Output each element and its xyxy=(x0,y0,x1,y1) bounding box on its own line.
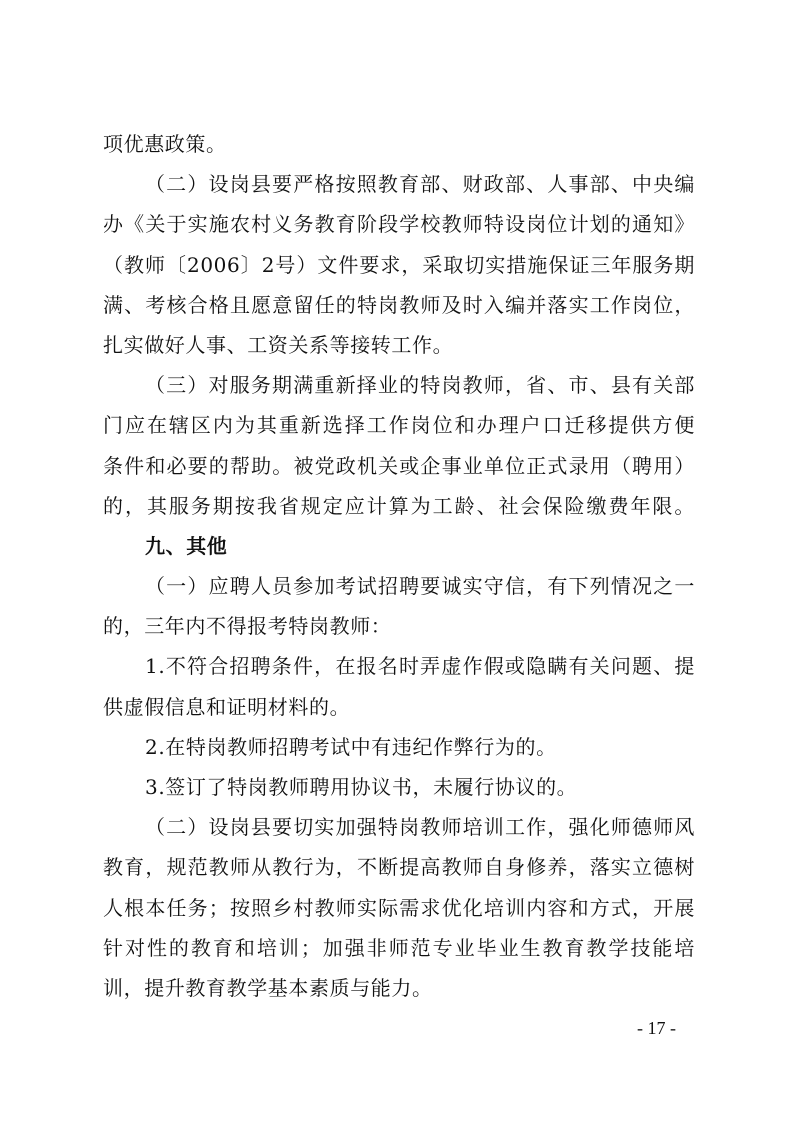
document-page: 项优惠政策。 （二）设岗县要严格按照教育部、财政部、人事部、中央编 办《关于实施… xyxy=(0,0,794,1123)
text-line: 条件和必要的帮助。被党政机关或企事业单位正式录用（聘用） xyxy=(103,446,695,486)
text-line: 的，其服务期按我省规定应计算为工龄、社会保险缴费年限。 xyxy=(103,486,695,526)
section-heading: 九、其他 xyxy=(103,526,695,566)
paragraph-3-line: （三）对服务期满重新择业的特岗教师，省、市、县有关部 xyxy=(103,365,695,405)
page-number: - 17 - xyxy=(637,1018,676,1039)
text-line: 满、考核合格且愿意留任的特岗教师及时入编并落实工作岗位， xyxy=(103,285,695,325)
text-line: 项优惠政策。 xyxy=(103,124,695,164)
list-item-1: 1.不符合招聘条件，在报名时弄虚作假或隐瞒有关问题、提 xyxy=(103,646,695,686)
list-item-2: 2.在特岗教师招聘考试中有违纪作弊行为的。 xyxy=(103,727,695,767)
text-line: （教师〔2006〕2号）文件要求，采取切实措施保证三年服务期 xyxy=(103,245,695,285)
paragraph-1-line: （一）应聘人员参加考试招聘要诚实守信，有下列情况之一 xyxy=(103,566,695,606)
text-line: 人根本任务；按照乡村教师实际需求优化培训内容和方式，开展 xyxy=(103,888,695,928)
text-line: 办《关于实施农村义务教育阶段学校教师特设岗位计划的通知》 xyxy=(103,204,695,244)
text-line: 扎实做好人事、工资关系等接转工作。 xyxy=(103,325,695,365)
text-line: 供虚假信息和证明材料的。 xyxy=(103,687,695,727)
text-line: 训，提升教育教学基本素质与能力。 xyxy=(103,968,695,1008)
text-line: 门应在辖区内为其重新选择工作岗位和办理户口迁移提供方便 xyxy=(103,405,695,445)
text-line: 的，三年内不得报考特岗教师： xyxy=(103,606,695,646)
list-item-3: 3.签订了特岗教师聘用协议书，未履行协议的。 xyxy=(103,767,695,807)
text-line: 针对性的教育和培训；加强非师范专业毕业生教育教学技能培 xyxy=(103,928,695,968)
text-line: 教育，规范教师从教行为，不断提高教师自身修养，落实立德树 xyxy=(103,847,695,887)
body-text: 项优惠政策。 （二）设岗县要严格按照教育部、财政部、人事部、中央编 办《关于实施… xyxy=(103,124,695,1008)
paragraph-2-line: （二）设岗县要严格按照教育部、财政部、人事部、中央编 xyxy=(103,164,695,204)
paragraph-2-line: （二）设岗县要切实加强特岗教师培训工作，强化师德师风 xyxy=(103,807,695,847)
